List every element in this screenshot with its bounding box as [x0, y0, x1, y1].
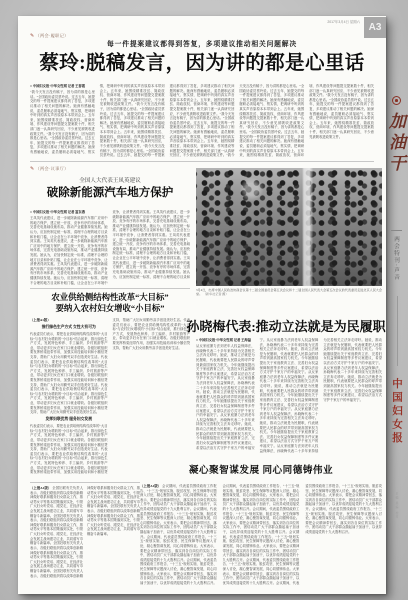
newspaper-page: 2017年3月4日 星期六 A3 ✎（两会·履职记） 每一件提案建议都得到答复，…: [18, 16, 386, 594]
dateline: 2017年3月4日 星期六: [300, 19, 360, 24]
page-number-badge: A3: [364, 17, 386, 38]
article2-headline: 破除新能源汽车地方保护: [30, 184, 190, 200]
article5-body-columns: （上接A1版） 会议期间，代表委员围绕政府工作报告、“十三五”规划实施、脱贫攻坚…: [140, 484, 382, 586]
pen-icon: ✎: [30, 166, 35, 172]
editor-credits: 主编 美编 校对: [395, 492, 399, 519]
article5-body-text: 会议期间，代表委员围绕政府工作报告、“十三五”规划实施、脱贫攻坚、民生保障等议题…: [140, 484, 382, 585]
article2-body-text: 王凤英代表建议，进一步破除新能源汽车推广应用中的地方保护，建立统一开放、竞争有序…: [30, 210, 190, 285]
calligraphy-slogan: 加油干: [388, 112, 408, 175]
article4-body-columns: □ 中国妇女报·中华女性网 记者 王海磊 从反家庭暴力法到老年人权益保障法，孙晓…: [196, 338, 382, 454]
article2-body-columns: □ 中国妇女报·中华女性网 记者 富东燕 王凤英代表建议，进一步破除新能源汽车推…: [30, 210, 190, 286]
newspaper-scan: { "page": { "date": "2017年3月4日 星期六", "pa…: [0, 0, 408, 600]
photo-credit: （新华社记者 摄）: [203, 292, 229, 296]
article3-jump-note: （上接A1版）: [30, 318, 51, 322]
horizontal-rule: [30, 482, 140, 483]
article3-headline-line2: 要纳入农村妇女增收“小目标”: [24, 303, 196, 314]
article1-byline: □ 中国妇女报·中华女性网 记者 王春霞: [30, 84, 95, 89]
seal-logo-icon: [392, 96, 401, 105]
news-photo-great-hall-crowd: [196, 168, 382, 286]
article5-headline: 凝心聚智谋发展 同心同德铸伟业: [140, 462, 382, 476]
article3-headline: 农业供给侧结构性改革“大目标” 要纳入农村妇女增收“小目标”: [24, 292, 196, 314]
article6-jump-note: （上接A1版）: [30, 486, 51, 490]
article1-body-text: “我今天发言没有稿子，因为讲的都是心里话。”全国政协委员蔡玲说。过去五年，她提交…: [30, 84, 374, 157]
right-margin-strip: 加油干 两会特刊·声音 中国妇女报 主编 美编 校对: [388, 0, 408, 600]
article3-body-text: 代表委员们表示，要把农业供给侧结构性改革的“大目标”与农村妇女增收的“小目标”结…: [30, 332, 108, 414]
photo-caption: 3月4日，出席中国人民政治协商会议第十二届全国委员会第五次会议和十二届全国人民代…: [196, 288, 382, 297]
article2-kicker: 全国人大代表王凤英建议: [30, 176, 190, 184]
horizontal-rule: [30, 288, 190, 289]
article4-byline: □ 中国妇女报·中华女性网 记者 王海磊: [196, 338, 255, 343]
article3-subhead2: 发挥妇联优势 服务妇女发展: [30, 417, 108, 422]
article6-body-columns: （上接A1版） 全国妇联有关负责人表示，各级妇联组织将以改革创新精神做好联系和服…: [30, 486, 140, 582]
article5-jump-note: （上接A1版）: [140, 484, 161, 488]
newspaper-name: 中国妇女报: [389, 378, 404, 446]
article3-subhead1: 推行绿色生产方式 女性大有可为: [30, 325, 108, 330]
special-edition-label: 两会特刊·声音: [392, 236, 400, 281]
section-tag-yishiting: ✎（两会·议事厅）: [30, 166, 69, 172]
section-tag-label: （两会·议事厅）: [36, 166, 69, 171]
article3-body-columns: （上接A1版） 推行绿色生产方式 女性大有可为 代表委员们表示，要把农业供给侧结…: [30, 318, 190, 478]
vertical-rule: [397, 296, 398, 366]
horizontal-rule: [30, 161, 374, 162]
article4-headline: 孙晓梅代表:推动立法就是为民履职: [186, 316, 386, 335]
article4-body-text: 从反家庭暴力法到老年人权益保障法，孙晓梅代表二十多年来持续为完善相关立法奔走呼吁…: [196, 338, 382, 453]
article6-body-text: 全国妇联有关负责人表示，各级妇联组织将以改革创新精神做好联系和服务妇女群众工作，…: [30, 486, 140, 578]
article2-byline: □ 中国妇女报·中华女性网 记者 富东燕: [30, 210, 108, 215]
article1-body-columns: □ 中国妇女报·中华女性网 记者 王春霞 “我今天发言没有稿子，因为讲的都是心里…: [30, 84, 374, 158]
divider-tick: [391, 230, 402, 231]
article3-headline-line1: 农业供给侧结构性改革“大目标”: [24, 292, 196, 303]
article1-headline: 蔡玲:脱稿发言，因为讲的都是心里话: [28, 47, 376, 75]
